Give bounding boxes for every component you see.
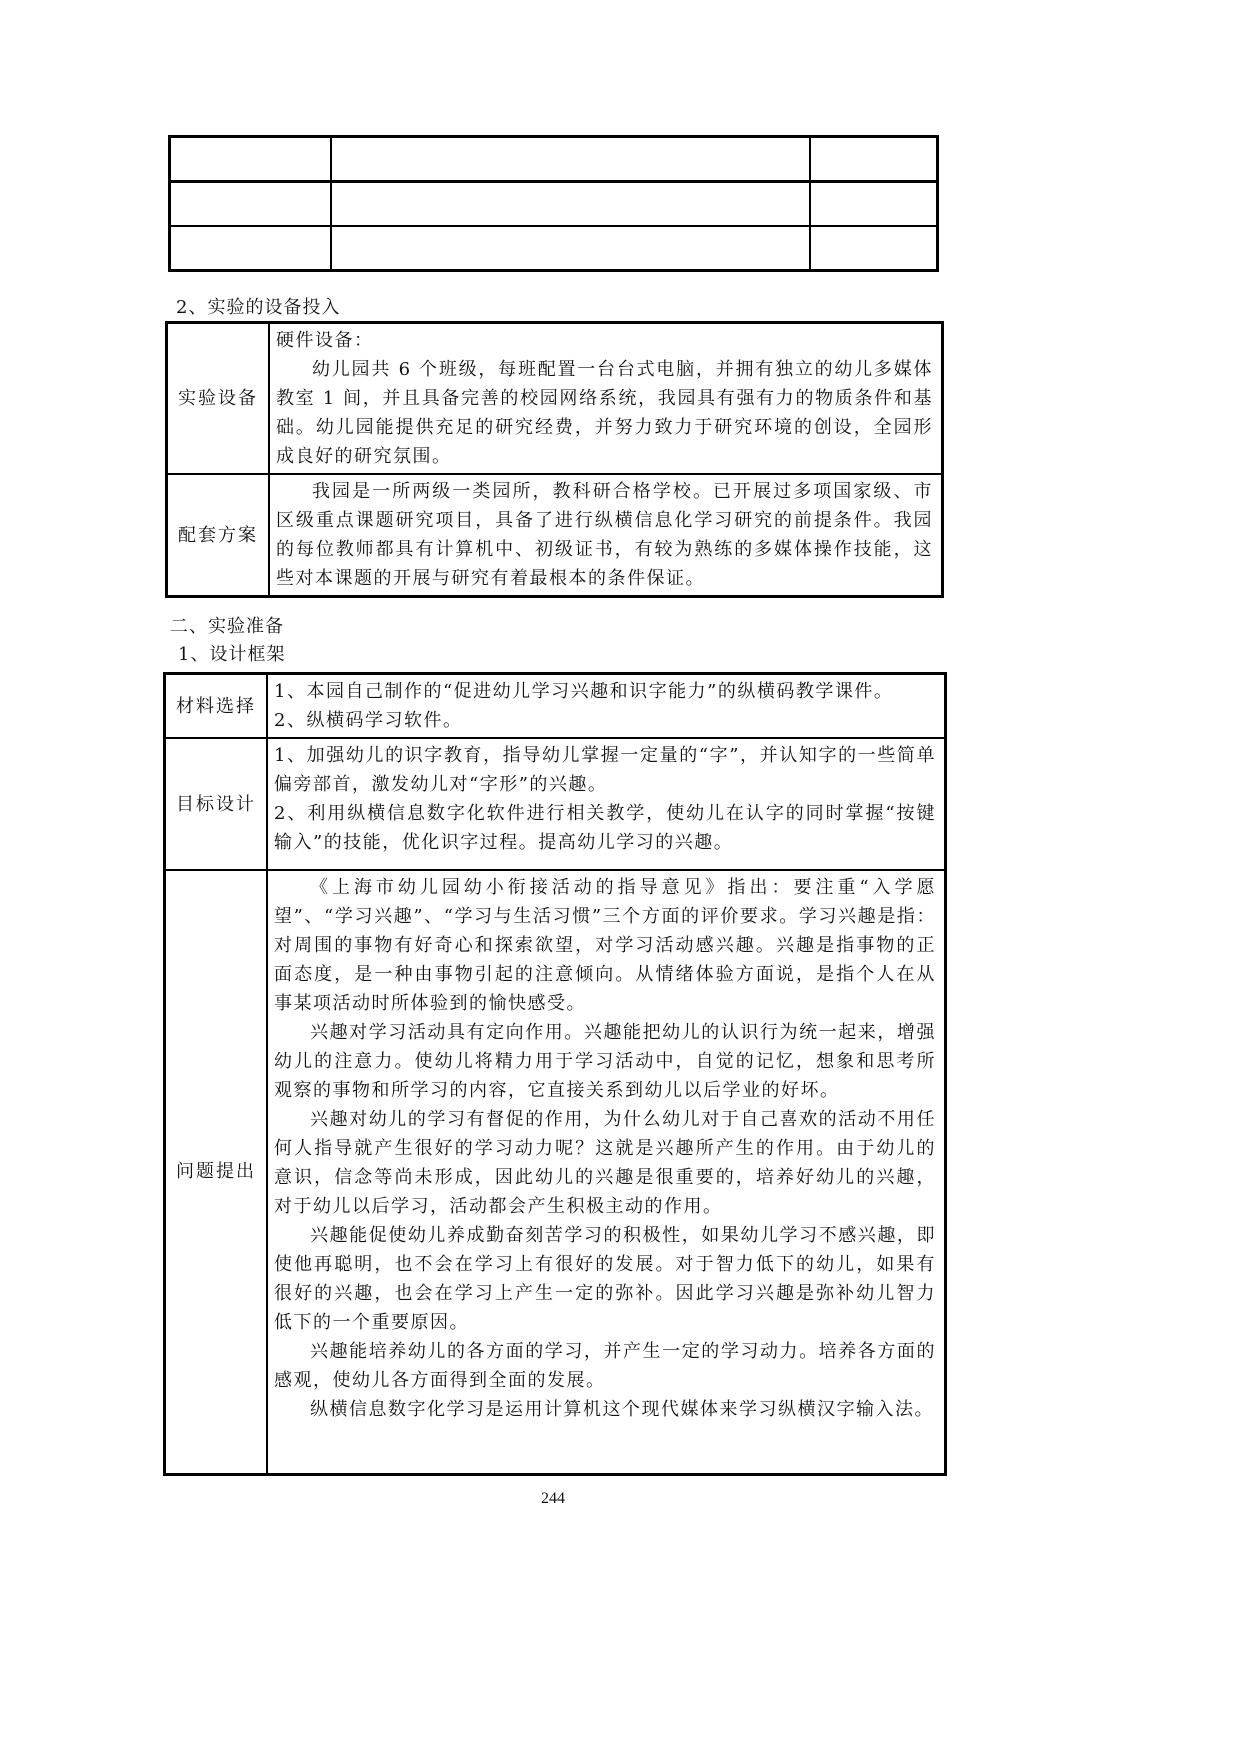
row-content: 硬件设备： 幼儿园共 6 个班级，每班配置一台台式电脑，并拥有独立的幼儿多媒体教…	[269, 323, 943, 475]
paragraph: 硬件设备：	[276, 326, 933, 355]
paragraph: 兴趣能培养幼儿的各方面的学习，并产生一定的学习动力。培养各方面的感观，使幼儿各方…	[274, 1337, 936, 1395]
table-cell	[331, 182, 810, 227]
page-number: 244	[541, 1490, 565, 1508]
row-content: 1、本园自己制作的“促进幼儿学习兴趣和识字能力”的纵横码教学课件。 2、纵横码学…	[267, 674, 946, 739]
table-row	[170, 182, 938, 227]
paragraph: 兴趣对幼儿的学习有督促的作用，为什么幼儿对于自己喜欢的活动不用任何人指导就产生很…	[274, 1105, 936, 1221]
row-content: 我园是一所两级一类园所，教科研合格学校。已开展过多项国家级、市区级重点课题研究项…	[269, 474, 943, 597]
equipment-table: 实验设备 硬件设备： 幼儿园共 6 个班级，每班配置一台台式电脑，并拥有独立的幼…	[165, 321, 944, 598]
paragraph: 1、本园自己制作的“促进幼儿学习兴趣和识字能力”的纵横码教学课件。	[274, 677, 936, 706]
table-row	[170, 226, 938, 271]
row-label: 实验设备	[167, 323, 270, 475]
paragraph: 1、加强幼儿的识字教育，指导幼儿掌握一定量的“字”，并认知字的一些简单偏旁部首，…	[274, 741, 936, 799]
top-empty-table	[168, 135, 939, 272]
paragraph: 2、纵横码学习软件。	[274, 706, 936, 735]
table-cell	[331, 226, 810, 271]
row-label: 目标设计	[165, 738, 268, 870]
paragraph: 2、利用纵横信息数字化软件进行相关教学，使幼儿在认字的同时掌握“按键输入”的技能…	[274, 799, 936, 857]
section-heading-equipment: 2、实验的设备投入	[176, 296, 340, 320]
table-cell	[170, 182, 332, 227]
table-row: 配套方案 我园是一所两级一类园所，教科研合格学校。已开展过多项国家级、市区级重点…	[167, 474, 943, 597]
section-heading-preparation: 二、实验准备	[170, 615, 284, 639]
table-cell	[810, 226, 938, 271]
subsection-heading-framework: 1、设计框架	[178, 643, 285, 667]
table-row	[170, 137, 938, 182]
table-row: 问题提出 《上海市幼儿园幼小衔接活动的指导意见》指出：要注重“入学愿望”、“学习…	[165, 870, 946, 1474]
table-row: 目标设计 1、加强幼儿的识字教育，指导幼儿掌握一定量的“字”，并认知字的一些简单…	[165, 738, 946, 870]
table-cell	[331, 137, 810, 182]
row-label: 配套方案	[167, 474, 270, 597]
row-label: 材料选择	[165, 674, 268, 739]
table-cell	[170, 137, 332, 182]
design-framework-table: 材料选择 1、本园自己制作的“促进幼儿学习兴趣和识字能力”的纵横码教学课件。 2…	[163, 672, 947, 1476]
table-row: 实验设备 硬件设备： 幼儿园共 6 个班级，每班配置一台台式电脑，并拥有独立的幼…	[167, 323, 943, 475]
paragraph: 纵横信息数字化学习是运用计算机这个现代媒体来学习纵横汉字输入法。	[274, 1395, 936, 1424]
table-cell	[810, 182, 938, 227]
paragraph: 幼儿园共 6 个班级，每班配置一台台式电脑，并拥有独立的幼儿多媒体教室 1 间，…	[276, 355, 933, 471]
paragraph: 兴趣能促使幼儿养成勤奋刻苦学习的积极性，如果幼儿学习不感兴趣，即使他再聪明，也不…	[274, 1221, 936, 1337]
table-row: 材料选择 1、本园自己制作的“促进幼儿学习兴趣和识字能力”的纵横码教学课件。 2…	[165, 674, 946, 739]
paragraph: 我园是一所两级一类园所，教科研合格学校。已开展过多项国家级、市区级重点课题研究项…	[276, 477, 933, 593]
row-content: 《上海市幼儿园幼小衔接活动的指导意见》指出：要注重“入学愿望”、“学习兴趣”、“…	[267, 870, 946, 1474]
table-cell	[170, 226, 332, 271]
paragraph: 兴趣对学习活动具有定向作用。兴趣能把幼儿的认识行为统一起来，增强幼儿的注意力。使…	[274, 1018, 936, 1105]
paragraph: 《上海市幼儿园幼小衔接活动的指导意见》指出：要注重“入学愿望”、“学习兴趣”、“…	[274, 873, 936, 1018]
row-label: 问题提出	[165, 870, 268, 1474]
table-cell	[810, 137, 938, 182]
row-content: 1、加强幼儿的识字教育，指导幼儿掌握一定量的“字”，并认知字的一些简单偏旁部首，…	[267, 738, 946, 870]
